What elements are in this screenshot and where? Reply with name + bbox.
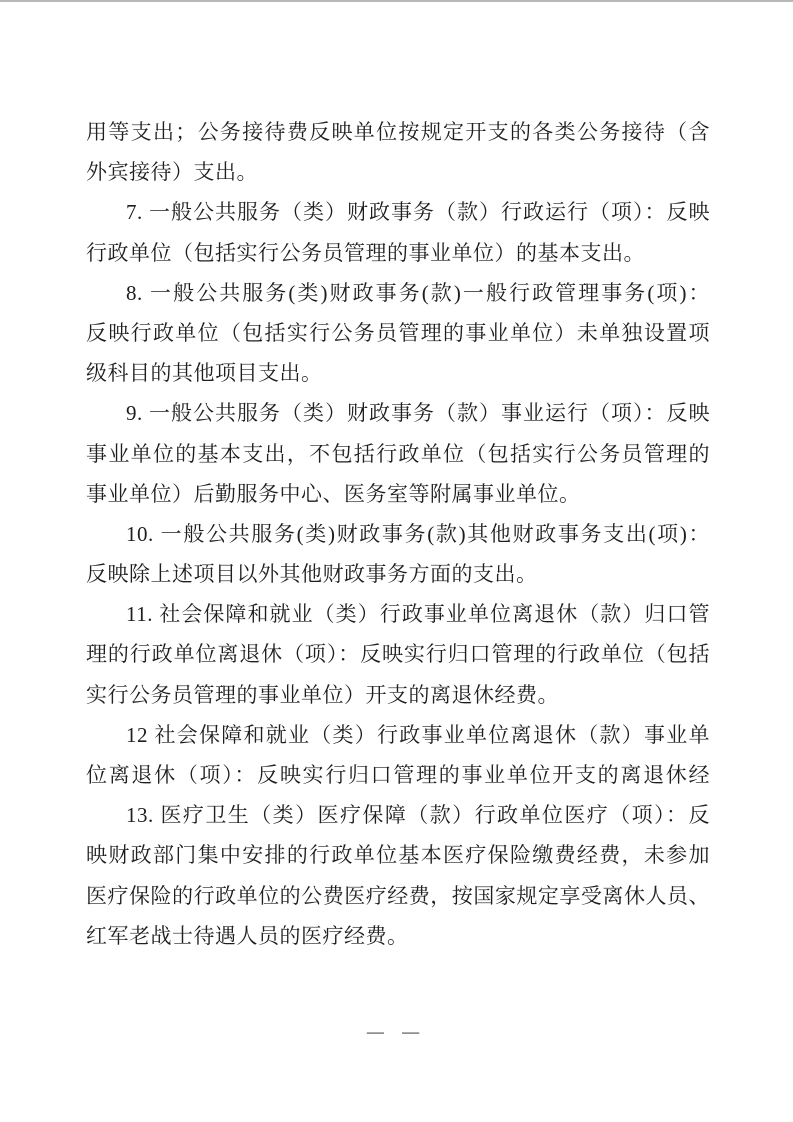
text-line: 理的行政单位离退休（项）：反映实行归口管理的行政单位（包括: [86, 634, 710, 674]
text-line: 位离退休（项）：反映实行归口管理的事业单位开支的离退休经费。: [86, 755, 710, 795]
text-line: 13. 医疗卫生（类）医疗保障（款）行政单位医疗（项）：反: [86, 795, 710, 835]
text-line: 红军老战士待遇人员的医疗经费。: [86, 916, 710, 956]
text-line: 7. 一般公共服务（类）财政事务（款）行政运行（项）：反映: [86, 192, 710, 232]
text-line: 8. 一般公共服务(类)财政事务(款)一般行政管理事务(项)：: [86, 273, 710, 313]
text-line: 用等支出；公务接待费反映单位按规定开支的各类公务接待（含: [86, 112, 710, 152]
text-line: 级科目的其他项目支出。: [86, 353, 710, 393]
paragraph-continuation: 用等支出；公务接待费反映单位按规定开支的各类公务接待（含 外宾接待）支出。: [86, 112, 710, 192]
paragraph-item-8: 8. 一般公共服务(类)财政事务(款)一般行政管理事务(项)： 反映行政单位（包…: [86, 273, 710, 394]
scan-edge-artifact: [0, 0, 793, 2]
paragraph-item-13: 13. 医疗卫生（类）医疗保障（款）行政单位医疗（项）：反 映财政部门集中安排的…: [86, 795, 710, 956]
paragraph-item-9: 9. 一般公共服务（类）财政事务（款）事业运行（项）：反映 事业单位的基本支出，…: [86, 393, 710, 514]
text-line: 12 社会保障和就业（类）行政事业单位离退休（款）事业单: [86, 715, 710, 755]
text-line: 11. 社会保障和就业（类）行政事业单位离退休（款）归口管: [86, 594, 710, 634]
text-line: 反映行政单位（包括实行公务员管理的事业单位）未单独设置项: [86, 313, 710, 353]
paragraph-item-12: 12 社会保障和就业（类）行政事业单位离退休（款）事业单 位离退休（项）：反映实…: [86, 715, 710, 795]
text-line: 事业单位）后勤服务中心、医务室等附属事业单位。: [86, 474, 710, 514]
paragraph-item-10: 10. 一般公共服务(类)财政事务(款)其他财政事务支出(项)： 反映除上述项目…: [86, 514, 710, 594]
text-line: 医疗保险的行政单位的公费医疗经费，按国家规定享受离休人员、: [86, 876, 710, 916]
text-line: 映财政部门集中安排的行政单位基本医疗保险缴费经费，未参加: [86, 835, 710, 875]
text-line: 实行公务员管理的事业单位）开支的离退休经费。: [86, 675, 710, 715]
text-line: 行政单位（包括实行公务员管理的事业单位）的基本支出。: [86, 233, 710, 273]
text-line: 9. 一般公共服务（类）财政事务（款）事业运行（项）：反映: [86, 393, 710, 433]
text-line: 10. 一般公共服务(类)财政事务(款)其他财政事务支出(项)：: [86, 514, 710, 554]
document-page: 用等支出；公务接待费反映单位按规定开支的各类公务接待（含 外宾接待）支出。 7.…: [0, 0, 793, 1122]
paragraph-item-11: 11. 社会保障和就业（类）行政事业单位离退休（款）归口管 理的行政单位离退休（…: [86, 594, 710, 715]
page-number: — —: [367, 1022, 426, 1041]
page-footer: — —: [0, 1022, 793, 1042]
document-body: 用等支出；公务接待费反映单位按规定开支的各类公务接待（含 外宾接待）支出。 7.…: [86, 112, 710, 956]
text-line: 外宾接待）支出。: [86, 152, 710, 192]
text-line: 事业单位的基本支出，不包括行政单位（包括实行公务员管理的: [86, 434, 710, 474]
paragraph-item-7: 7. 一般公共服务（类）财政事务（款）行政运行（项）：反映 行政单位（包括实行公…: [86, 192, 710, 272]
text-line: 反映除上述项目以外其他财政事务方面的支出。: [86, 554, 710, 594]
